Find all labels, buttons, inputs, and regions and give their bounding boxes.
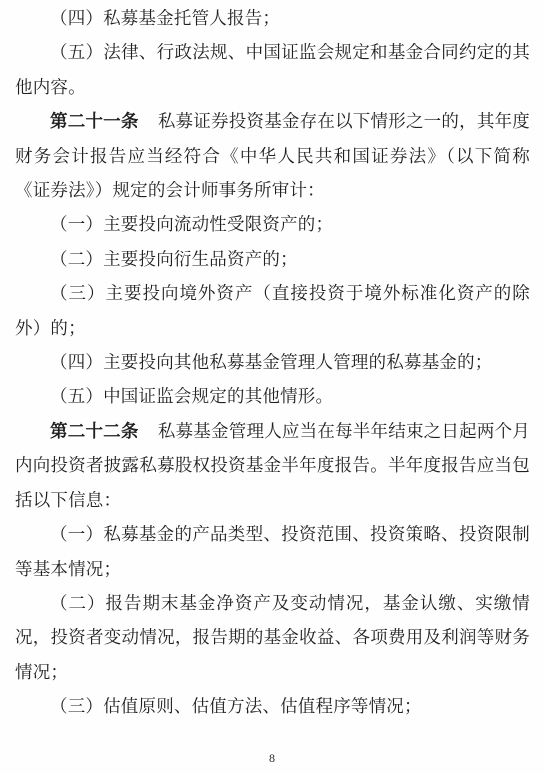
- article-21-item-5: （五）中国证监会规定的其他情形。: [15, 379, 530, 413]
- article-21-item-1: （一）主要投向流动性受限资产的；: [15, 207, 530, 241]
- article-22-item-3: （三）估值原则、估值方法、估值程序等情况；: [15, 689, 530, 723]
- article-21-item-2: （二）主要投向衍生品资产的；: [15, 242, 530, 276]
- paragraph-text: （五）中国证监会规定的其他情形。: [50, 386, 333, 406]
- page-number: 8: [0, 751, 544, 766]
- paragraph-text: （一）主要投向流动性受限资产的；: [50, 214, 333, 234]
- article-21-item-3: （三）主要投向境外资产（直接投资于境外标准化资产的除外）的；: [15, 276, 530, 345]
- article-22-item-1: （一）私募基金的产品类型、投资范围、投资策略、投资限制等基本情况；: [15, 517, 530, 586]
- document-page: （四）私募基金托管人报告； （五）法律、行政法规、中国证监会规定和基金合同约定的…: [0, 0, 544, 773]
- article-22-number: 第二十二条: [50, 421, 139, 441]
- article-21-item-4: （四）主要投向其他私募基金管理人管理的私募基金的；: [15, 345, 530, 379]
- paragraph-item-4-custodian-report: （四）私募基金托管人报告；: [15, 1, 530, 35]
- paragraph-article-21: 第二十一条私募证券投资基金存在以下情形之一的，其年度财务会计报告应当经符合《中华…: [15, 104, 530, 207]
- paragraph-text: （四）主要投向其他私募基金管理人管理的私募基金的；: [50, 352, 493, 372]
- paragraph-text: （五）法律、行政法规、中国证监会规定和基金合同约定的其他内容。: [15, 42, 530, 96]
- paragraph-text: （一）私募基金的产品类型、投资范围、投资策略、投资限制等基本情况；: [15, 524, 530, 578]
- article-21-number: 第二十一条: [50, 111, 139, 131]
- paragraph-text: （四）私募基金托管人报告；: [50, 8, 280, 28]
- paragraph-text: （二）报告期末基金净资产及变动情况，基金认缴、实缴情况，投资者变动情况，报告期的…: [15, 593, 530, 682]
- article-22-item-2: （二）报告期末基金净资产及变动情况，基金认缴、实缴情况，投资者变动情况，报告期的…: [15, 586, 530, 689]
- paragraph-item-5-other-content: （五）法律、行政法规、中国证监会规定和基金合同约定的其他内容。: [15, 35, 530, 104]
- paragraph-text: （三）主要投向境外资产（直接投资于境外标准化资产的除外）的；: [15, 283, 530, 337]
- paragraph-text: （二）主要投向衍生品资产的；: [50, 249, 298, 269]
- paragraph-article-22: 第二十二条私募基金管理人应当在每半年结束之日起两个月内向投资者披露私募股权投资基…: [15, 414, 530, 517]
- paragraph-text: （三）估值原则、估值方法、估值程序等情况；: [50, 696, 422, 716]
